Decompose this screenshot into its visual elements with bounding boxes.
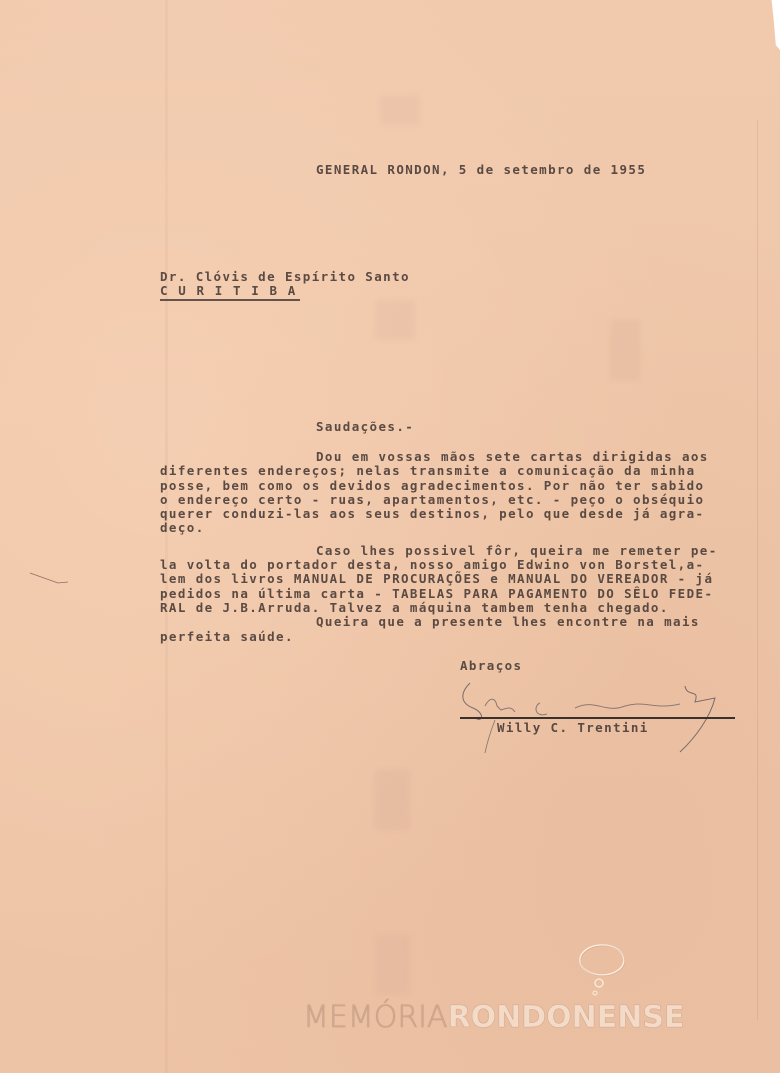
body-line: deço. <box>160 521 718 535</box>
stain <box>375 300 415 340</box>
addressee-city: C U R I T I B A <box>160 284 297 298</box>
torn-corner <box>766 0 780 50</box>
watermark-bold-text: RONDONENSE <box>448 1000 685 1035</box>
body-line: querer conduzi-las aos seus destinos, pe… <box>160 507 718 521</box>
watermark-light-text: MEMÓRIA <box>303 1000 448 1035</box>
dateline: GENERAL RONDON, 5 de setembro de 1955 <box>316 163 646 177</box>
letter-paper: GENERAL RONDON, 5 de setembro de 1955 Dr… <box>0 0 780 1073</box>
body-line: Dou em vossas mãos sete cartas dirigidas… <box>160 450 718 464</box>
stain <box>375 935 410 995</box>
city-underline <box>160 299 300 301</box>
stain <box>375 770 410 830</box>
paper-edge-crease <box>757 120 758 1020</box>
body-line: Caso lhes possivel fôr, queira me remete… <box>160 544 718 558</box>
signature-line <box>460 717 735 719</box>
stain <box>380 95 420 125</box>
body-line: lem dos livros MANUAL DE PROCURAÇÕES e M… <box>160 572 718 586</box>
letter-body: Dou em vossas mãos sete cartas dirigidas… <box>160 450 718 644</box>
body-line: Queira que a presente lhes encontre na m… <box>160 615 718 629</box>
body-line: diferentes endereços; nelas transmite a … <box>160 464 718 478</box>
closing: Abraços <box>460 659 522 673</box>
pencil-mark <box>28 570 78 590</box>
watermark: MEMÓRIARONDONENSE <box>303 1000 733 1040</box>
stain <box>610 320 640 380</box>
body-line: o endereço certo - ruas, apartamentos, e… <box>160 493 718 507</box>
thought-bubble-icon <box>572 942 632 997</box>
body-line: la volta do portador desta, nosso amigo … <box>160 558 718 572</box>
greeting: Saudações.- <box>316 420 414 434</box>
signature-name: Willy C. Trentini <box>497 721 649 735</box>
body-line: pedidos na última carta - TABELAS PARA P… <box>160 587 718 601</box>
body-line: posse, bem como os devidos agradecimento… <box>160 479 718 493</box>
body-line: perfeita saúde. <box>160 630 718 644</box>
body-line: RAL de J.B.Arruda. Talvez a máquina tamb… <box>160 601 718 615</box>
